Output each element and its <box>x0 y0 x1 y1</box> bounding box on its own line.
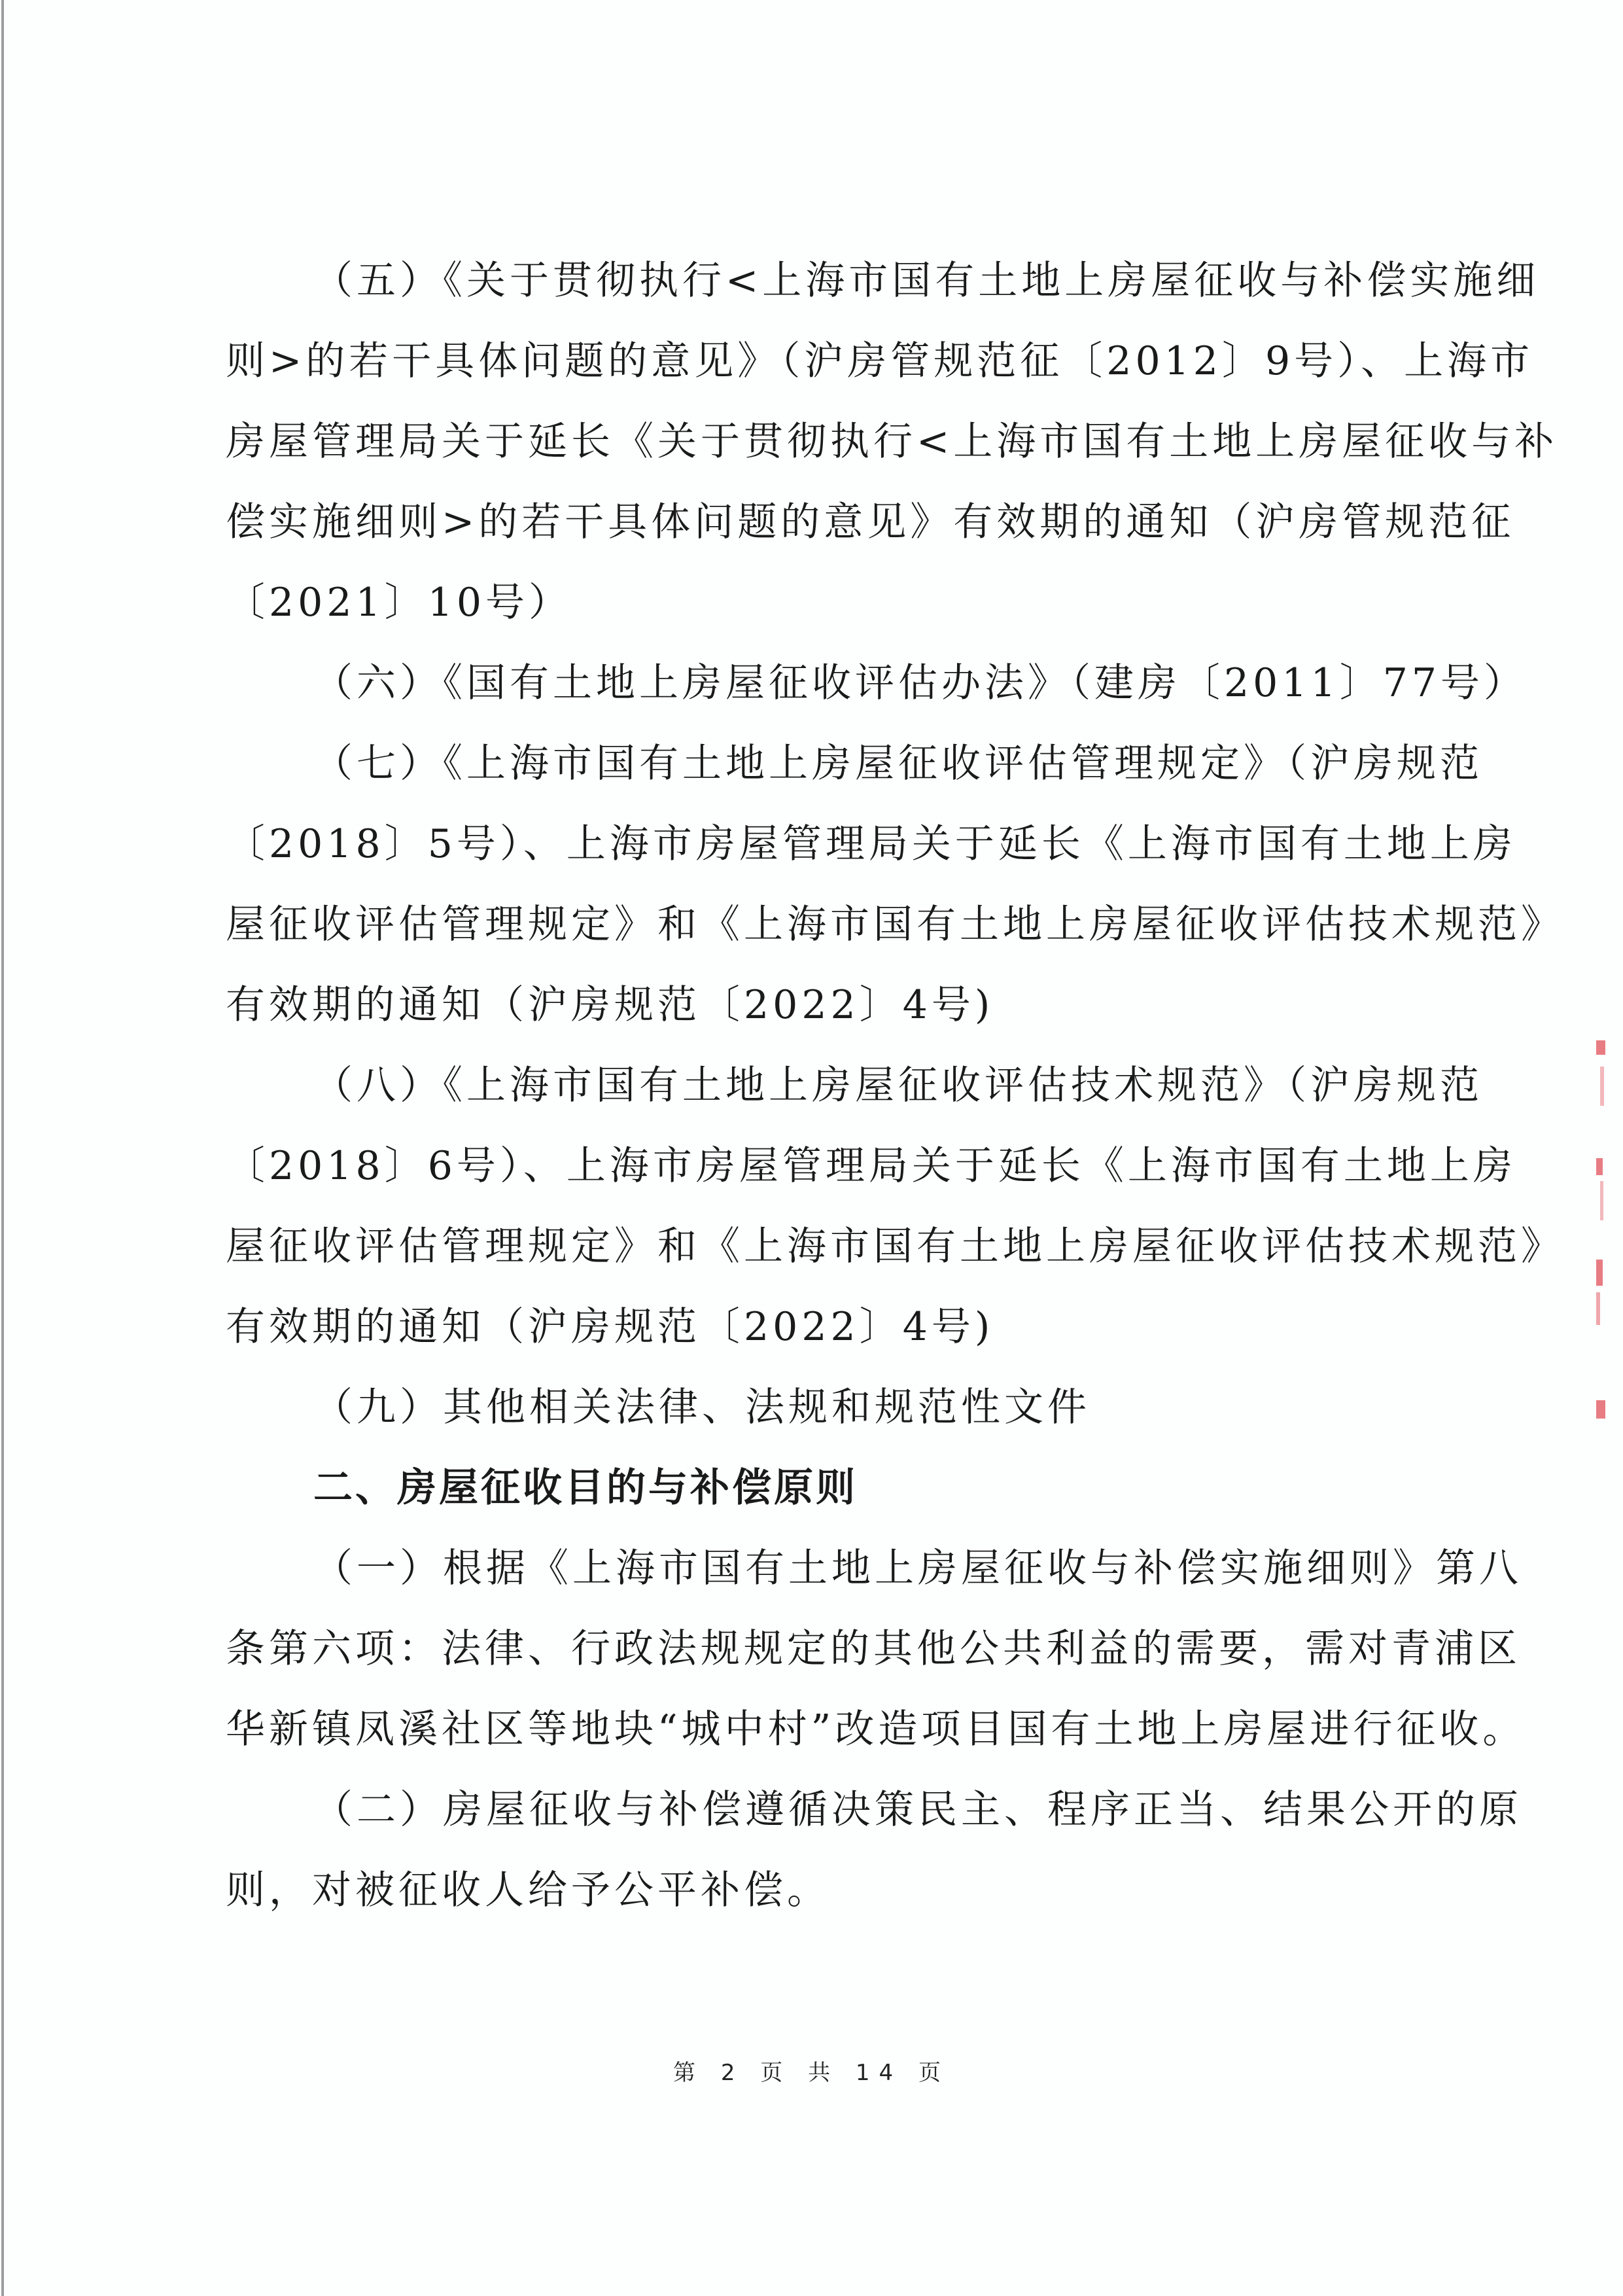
seal-fragment <box>1596 1158 1603 1175</box>
text-line: 屋征收评估管理规定》和《上海市国有土地上房屋征收评估技术规范》 <box>226 885 1403 965</box>
text-line: 房屋管理局关于延长《关于贯彻执行<上海市国有土地上房屋征收与补 <box>226 402 1403 482</box>
seal-fragment <box>1596 1292 1600 1325</box>
text-line: （二）房屋征收与补偿遵循决策民主、程序正当、结果公开的原 <box>226 1770 1403 1850</box>
seal-fragment <box>1596 1260 1603 1286</box>
text-line: （八）《上海市国有土地上房屋征收评估技术规范》（沪房规范 <box>226 1046 1403 1126</box>
text-line: 有效期的通知（沪房规范〔2022〕4号) <box>226 965 1403 1046</box>
text-line: 则，对被征收人给予公平补偿。 <box>226 1850 1403 1931</box>
text-line: 条第六项：法律、行政法规规定的其他公共利益的需要，需对青浦区 <box>226 1609 1403 1689</box>
reference-item-7: （七）《上海市国有土地上房屋征收评估管理规定》（沪房规范 〔2018〕5号）、上… <box>226 724 1403 1046</box>
reference-item-5: （五）《关于贯彻执行<上海市国有土地上房屋征收与补偿实施细 则>的若干具体问题的… <box>226 241 1403 643</box>
section-heading: 二、房屋征收目的与补偿原则 <box>226 1448 1403 1528</box>
seal-fragment <box>1596 1040 1605 1055</box>
reference-item-6: （六）《国有土地上房屋征收评估办法》（建房〔2011〕77号） <box>226 643 1403 724</box>
text-line: 屋征收评估管理规定》和《上海市国有土地上房屋征收评估技术规范》 <box>226 1207 1403 1287</box>
text-line: 则>的若干具体问题的意见》（沪房管规范征〔2012〕9号）、上海市 <box>226 321 1403 402</box>
text-line: 华新镇凤溪社区等地块“城中村”改造项目国有土地上房屋进行征收。 <box>226 1689 1403 1770</box>
page-number: 第 2 页 共 14 页 <box>0 2055 1623 2087</box>
text-line: （一）根据《上海市国有土地上房屋征收与补偿实施细则》第八 <box>226 1528 1403 1609</box>
text-line: （七）《上海市国有土地上房屋征收评估管理规定》（沪房规范 <box>226 724 1403 804</box>
riding-seal-marks <box>1596 1040 1609 1420</box>
page-edge-rule <box>1 0 4 2296</box>
reference-item-8: （八）《上海市国有土地上房屋征收评估技术规范》（沪房规范 〔2018〕6号）、上… <box>226 1046 1403 1368</box>
document-body: （五）《关于贯彻执行<上海市国有土地上房屋征收与补偿实施细 则>的若干具体问题的… <box>226 241 1403 1931</box>
text-line: （九）其他相关法律、法规和规范性文件 <box>226 1368 1403 1448</box>
reference-item-9: （九）其他相关法律、法规和规范性文件 <box>226 1368 1403 1448</box>
seal-fragment <box>1600 1067 1604 1106</box>
text-line: 偿实施细则>的若干具体问题的意见》有效期的通知（沪房管规范征 <box>226 482 1403 563</box>
principle-item-1: （一）根据《上海市国有土地上房屋征收与补偿实施细则》第八 条第六项：法律、行政法… <box>226 1528 1403 1770</box>
text-line: 有效期的通知（沪房规范〔2022〕4号) <box>226 1287 1403 1368</box>
seal-fragment <box>1600 1181 1603 1220</box>
text-line: 〔2018〕6号）、上海市房屋管理局关于延长《上海市国有土地上房 <box>226 1126 1403 1207</box>
seal-fragment <box>1596 1400 1605 1419</box>
text-line: （五）《关于贯彻执行<上海市国有土地上房屋征收与补偿实施细 <box>226 241 1403 321</box>
text-line: （六）《国有土地上房屋征收评估办法》（建房〔2011〕77号） <box>226 643 1403 724</box>
principle-item-2: （二）房屋征收与补偿遵循决策民主、程序正当、结果公开的原 则，对被征收人给予公平… <box>226 1770 1403 1931</box>
text-line: 〔2018〕5号）、上海市房屋管理局关于延长《上海市国有土地上房 <box>226 804 1403 885</box>
text-line: 〔2021〕10号） <box>226 563 1403 643</box>
